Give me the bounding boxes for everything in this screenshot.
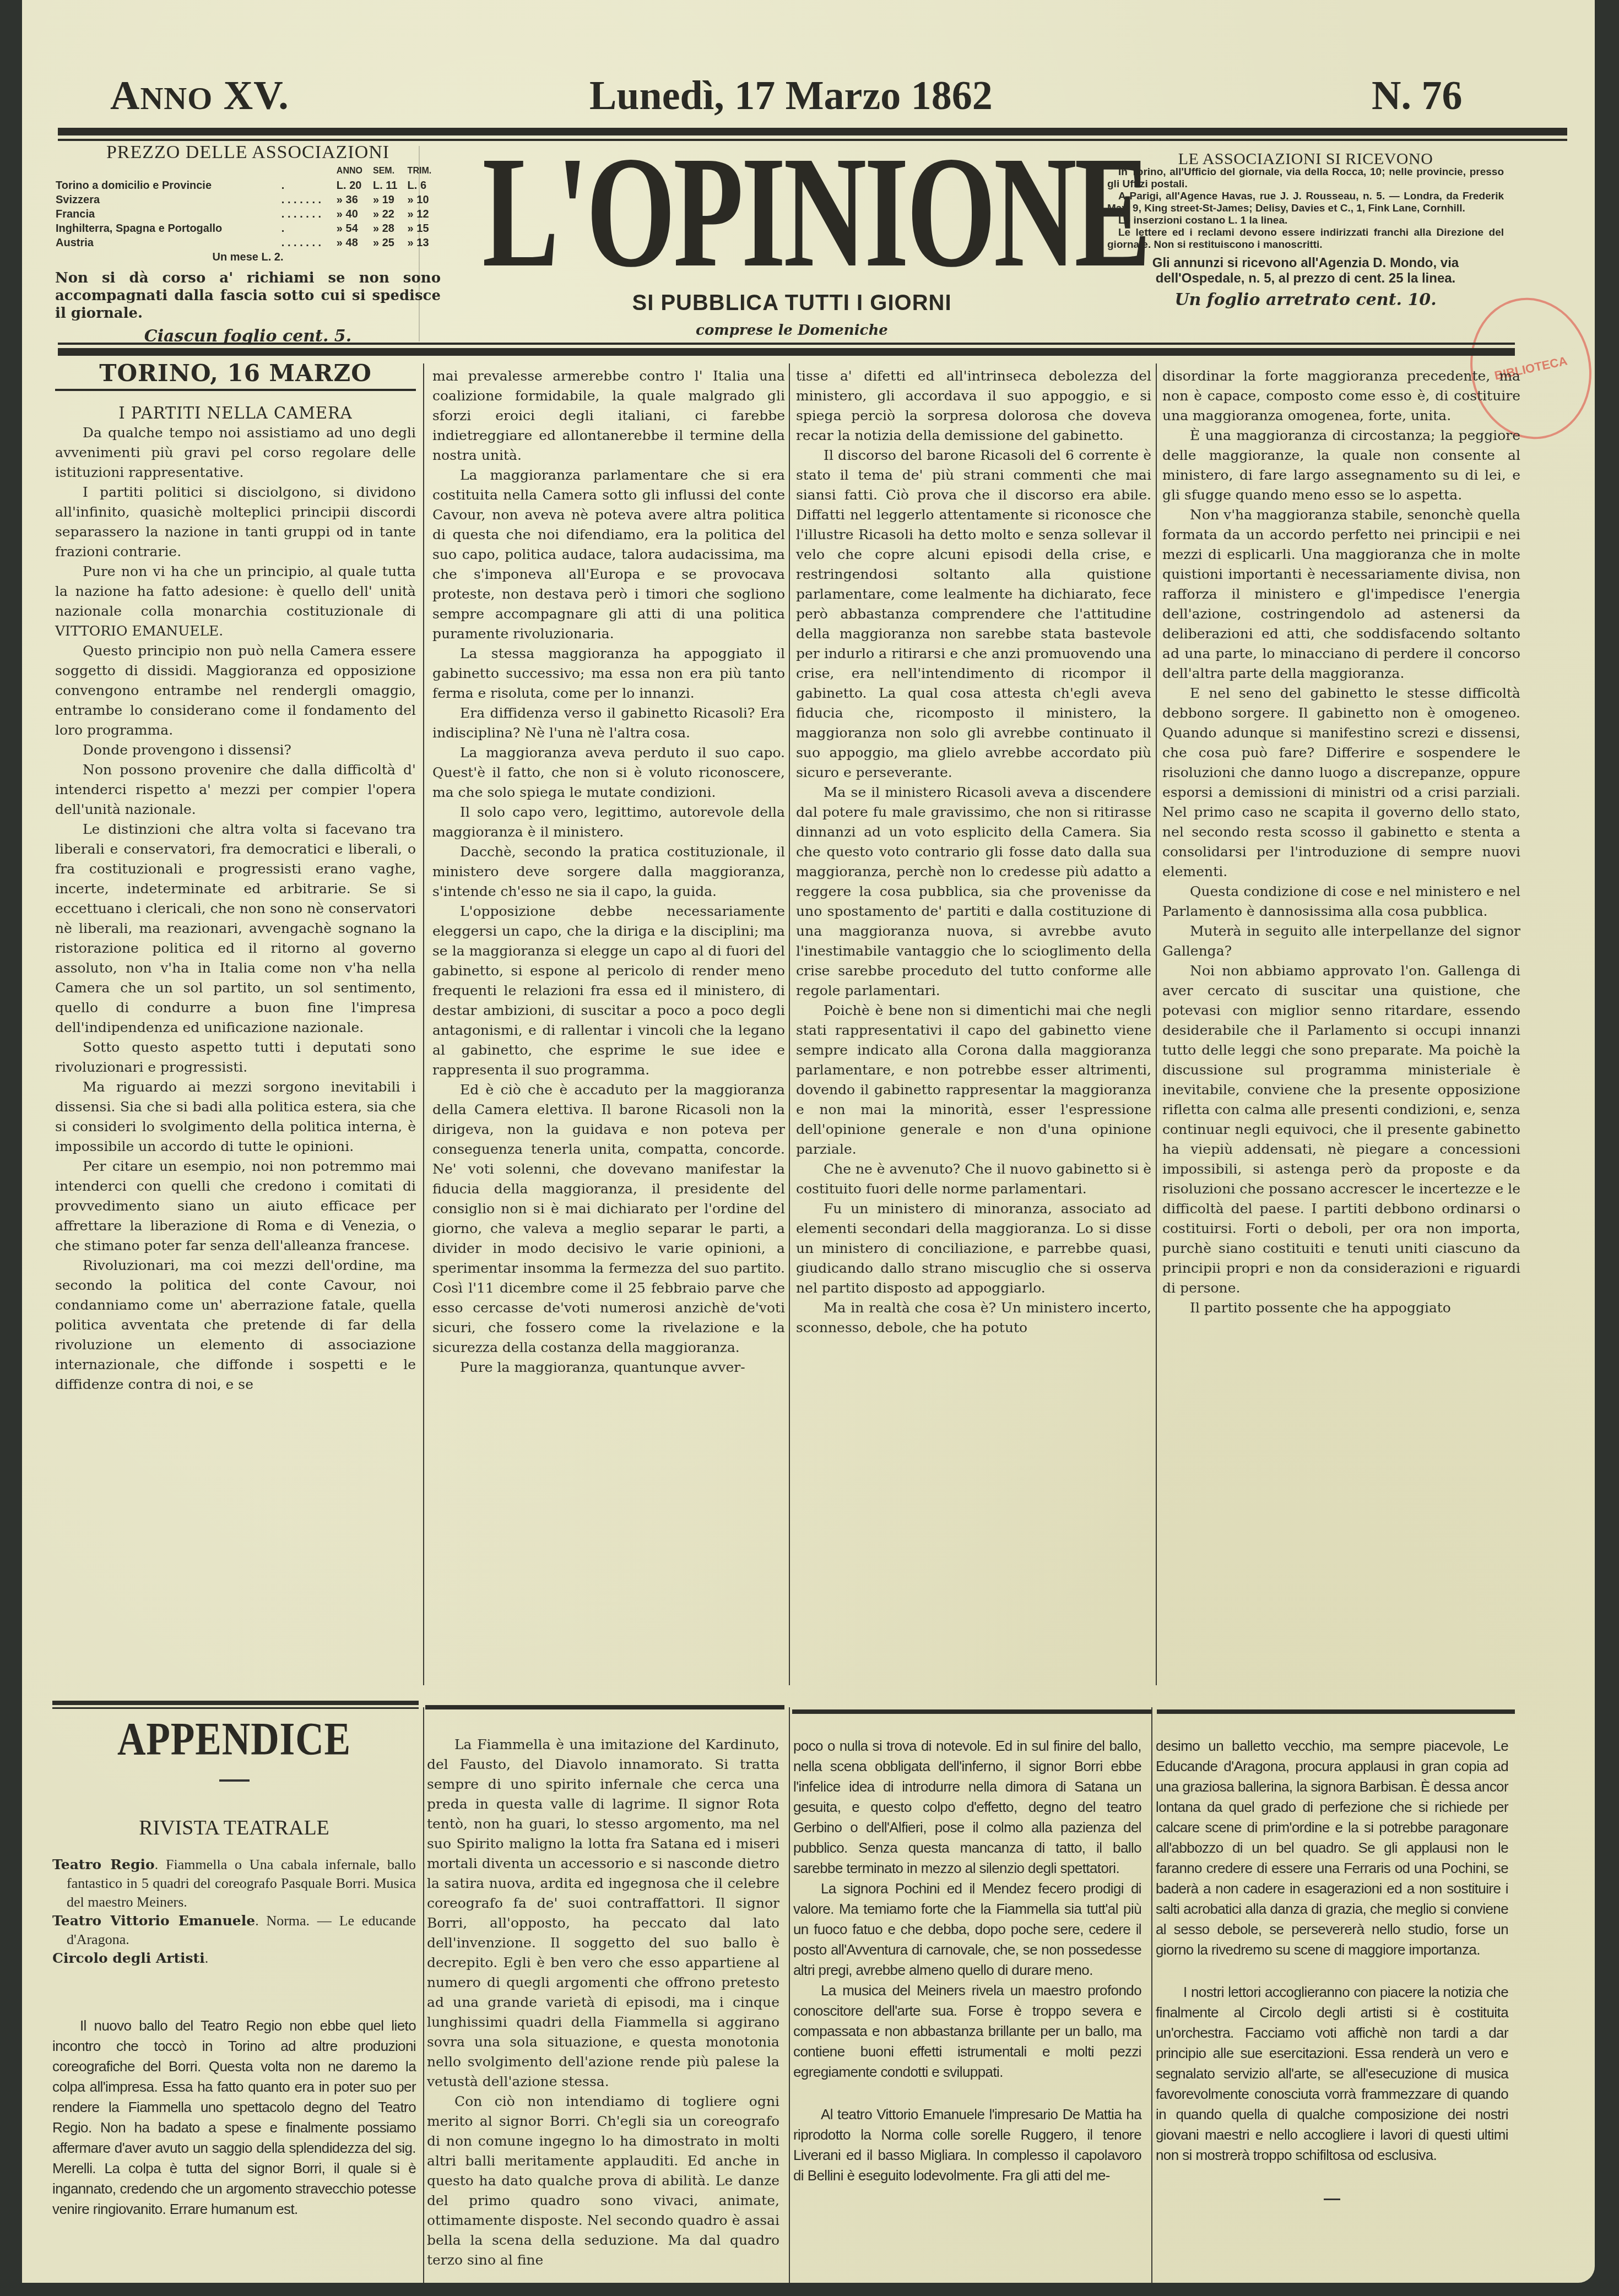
price-row: Austria. . . . . . .» 48» 25» 13 (55, 236, 441, 250)
article-column-4: disordinar la forte maggioranza preceden… (1162, 366, 1520, 1318)
column-divider (1151, 1707, 1152, 2283)
monthly-price: Un mese L. 2. (55, 251, 441, 264)
appendix-column-2: La Fiammella è una imitazione del Kardin… (427, 1735, 779, 2270)
column-divider (789, 363, 790, 1685)
header-divider (419, 146, 420, 341)
appendix-column-4: desimo un balletto vecchio, ma sempre pi… (1156, 1736, 1508, 2200)
column-divider (423, 1707, 424, 2283)
assoc-title: LE ASSOCIAZIONI SI RICEVONO (1107, 153, 1504, 165)
section-title: RIVISTA TEATRALE (52, 1816, 416, 1840)
appendix-rule (1157, 1709, 1515, 1714)
price-row: Inghilterra, Spagna e Portogallo.» 54» 2… (55, 221, 441, 236)
article-column-3: tisse a' difetti ed all'intrinseca debol… (796, 366, 1151, 1338)
price-table: ANNO SEM. TRIM. Torino a domicilio e Pro… (55, 164, 441, 250)
appendix-rule-thin (52, 1707, 419, 1709)
newspaper-title: L'OPINIONE (482, 149, 1101, 275)
column-divider (423, 363, 424, 1685)
subscription-info: LE ASSOCIAZIONI SI RICEVONO In Torino, a… (1107, 153, 1504, 306)
title-dash (219, 1779, 250, 1782)
appendix-column-1: Il nuovo ballo del Teatro Regio non ebbe… (52, 2016, 416, 2219)
appendix-header: APPENDICE RIVISTA TEATRALE Teatro Regio.… (52, 1713, 416, 1968)
masthead-rule-thin (58, 343, 1515, 345)
price-row: Svizzera. . . . . . .» 36» 19» 10 (55, 193, 441, 207)
masthead: L'OPINIONE SI PUBBLICA TUTTI I GIORNI co… (482, 149, 1102, 339)
appendix-rule (792, 1709, 1151, 1714)
price-row: Torino a domicilio e Provincie.L. 20L. 1… (55, 178, 441, 193)
column-divider (789, 1707, 790, 2283)
article-column-2: mai prevalesse armerebbe contro l' Itali… (432, 366, 785, 1377)
dateline: TORINO, 16 MARZO (55, 363, 416, 383)
theatre-listings: Teatro Regio. Fiammella o Una cabala inf… (52, 1855, 416, 1968)
appendix-rule (425, 1705, 784, 1709)
claims-notice: Non si dà corso a' richiami se non sono … (55, 269, 441, 322)
listing-item: Teatro Vittorio Emanuele. Norma. — Le ed… (52, 1912, 416, 1949)
ads-info: Gli annunzi si ricevono all'Agenzia D. M… (1107, 256, 1504, 286)
subscription-prices: PREZZO DELLE ASSOCIAZIONI ANNO SEM. TRIM… (55, 142, 441, 346)
article-column-1: TORINO, 16 MARZO I PARTITI NELLA CAMERA … (55, 363, 416, 1394)
article-title: I PARTITI NELLA CAMERA (55, 403, 416, 423)
publication-note: comprese le Domeniche (482, 322, 1102, 339)
price-row: Francia. . . . . . .» 40» 22» 12 (55, 207, 441, 221)
dateline-rule (55, 389, 416, 391)
masthead-rule-thick (58, 348, 1515, 356)
appendix-rule (52, 1701, 419, 1705)
prezzo-title: PREZZO DELLE ASSOCIAZIONI (55, 142, 441, 163)
issue-number: N. 76 (1372, 73, 1462, 120)
listing-item: Teatro Regio. Fiammella o Una cabala inf… (52, 1855, 416, 1912)
anno-label: ANNO XV. (110, 73, 289, 120)
back-issue-price: Un foglio arretrato cent. 10. (1107, 294, 1504, 306)
listing-item: Circolo degli Artisti. (52, 1949, 416, 1968)
column-divider (1156, 363, 1157, 1685)
issue-date: Lunedì, 17 Marzo 1862 (589, 73, 993, 120)
end-dash (1324, 2199, 1340, 2200)
appendix-column-3: poco o nulla si trova di notevole. Ed in… (793, 1736, 1141, 2186)
appendix-title: APPENDICE (80, 1713, 389, 1766)
